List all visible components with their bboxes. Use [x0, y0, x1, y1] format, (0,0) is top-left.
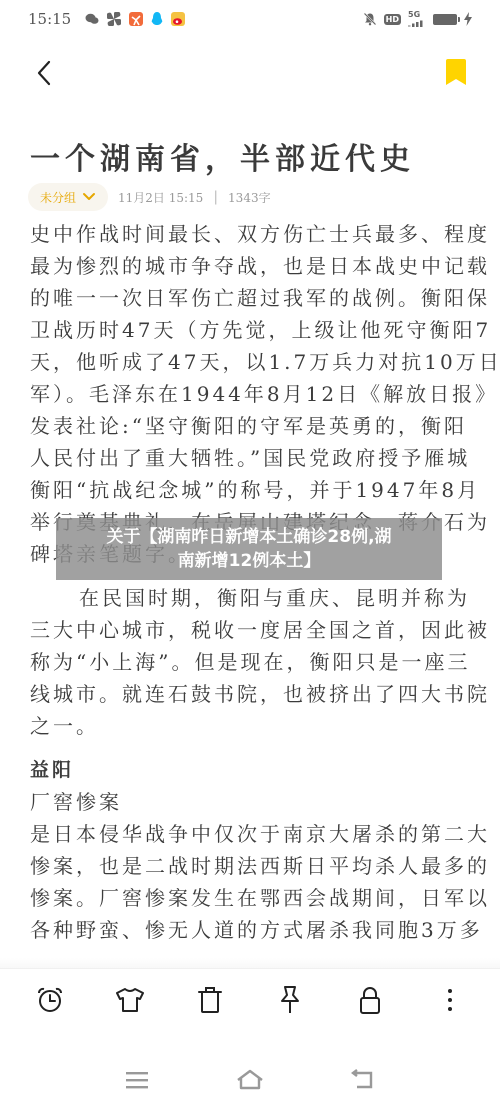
weibo-icon: [171, 12, 185, 26]
group-label: 未分组: [40, 189, 76, 206]
overlay-banner: 关于【湖南昨日新增本土确诊28例,湖 南新增12例本土】: [56, 518, 442, 580]
status-bar: 15:15 HD 5G: [0, 0, 500, 38]
body-line: 各种野蛮、惨无人道的方式屠杀我同胞3万多: [30, 914, 475, 946]
body-line: 最为惨烈的城市争夺战，也是日本战史中记载: [30, 250, 475, 282]
wechat-icon: [85, 13, 99, 25]
body-line: 人民付出了重大牺牲。”国民党政府授予雁城: [30, 442, 475, 474]
bookmark-icon: [444, 58, 468, 86]
bookmark-button[interactable]: [444, 58, 468, 86]
qq-icon: [151, 12, 163, 26]
alarm-clock-icon: [35, 985, 65, 1015]
lock-icon: [358, 985, 382, 1015]
overlay-text-line: 南新增12例本土】: [106, 549, 391, 573]
back-button[interactable]: [32, 58, 58, 88]
meta-separator: |: [213, 189, 218, 205]
body-line: 卫战历时47天（方先觉，上级让他死守衡阳7: [30, 314, 475, 346]
pinwheel-app-icon: [107, 12, 121, 26]
body-line: 是日本侵华战争中仅次于南京大屠杀的第二大: [30, 818, 475, 850]
body-line: 惨案，也是二战时期法西斯日平均杀人最多的: [30, 850, 475, 882]
reminder-button[interactable]: [30, 980, 70, 1020]
charging-bolt-icon: [464, 12, 472, 26]
bottom-toolbar: [0, 968, 500, 1030]
system-back-button[interactable]: [348, 1067, 378, 1093]
status-time: 15:15: [28, 10, 71, 28]
orange-app-icon: [129, 12, 143, 26]
top-nav: [0, 52, 500, 92]
delete-button[interactable]: [190, 980, 230, 1020]
recent-apps-button[interactable]: [122, 1067, 152, 1093]
mute-bell-icon: [363, 12, 377, 26]
signal-5g-icon: 5G: [408, 11, 426, 27]
t-shirt-icon: [114, 986, 146, 1014]
home-icon: [236, 1069, 264, 1091]
body-line: 称为“小上海”。但是现在，衡阳只是一座三: [30, 646, 475, 678]
trash-icon: [197, 985, 223, 1015]
body-line: 线城市。就连石鼓书院，也被挤出了四大书院: [30, 678, 475, 710]
section-heading: 益阳: [30, 754, 475, 786]
body-line: 之一。: [30, 710, 475, 742]
body-line: 发表社论:“坚守衡阳的守军是英勇的，衡阳: [30, 410, 475, 442]
note-meta: 未分组 11月2日 15:15 | 1343字: [28, 183, 271, 211]
body-line: 在民国时期，衡阳与重庆、昆明并称为: [30, 582, 475, 614]
chevron-left-icon: [32, 58, 58, 88]
pin-icon: [278, 984, 302, 1016]
more-vertical-icon: [447, 988, 453, 1012]
word-count: 1343字: [228, 189, 271, 206]
body-line: 惨案。厂窖惨案发生在鄂西会战期间，日军以: [30, 882, 475, 914]
chevron-down-icon: [82, 192, 96, 202]
hd-icon: HD: [384, 14, 401, 25]
group-selector[interactable]: 未分组: [28, 183, 108, 211]
body-line: 的唯一一次日军伤亡超过我军的战例。衡阳保: [30, 282, 475, 314]
paragraph-gap: [30, 742, 475, 754]
status-left: 15:15: [28, 10, 185, 28]
body-line: 衡阳“抗战纪念城”的称号，并于1947年8月: [30, 474, 475, 506]
note-title[interactable]: 一个湖南省，半部近代史: [30, 134, 415, 178]
overlay-text-line: 关于【湖南昨日新增本土确诊28例,湖: [106, 525, 391, 549]
network-label: 5G: [408, 11, 420, 19]
note-date: 11月2日 15:15: [118, 189, 203, 206]
note-body[interactable]: 史中作战时间最长、双方伤亡士兵最多、程度 最为惨烈的城市争夺战，也是日本战史中记…: [30, 218, 475, 946]
lock-button[interactable]: [350, 980, 390, 1020]
menu-icon: [126, 1071, 148, 1089]
theme-button[interactable]: [110, 980, 150, 1020]
status-right: HD 5G: [363, 11, 472, 27]
body-line: 天，他听成了47天，以1.7万兵力对抗10万日: [30, 346, 475, 378]
body-line: 史中作战时间最长、双方伤亡士兵最多、程度: [30, 218, 475, 250]
back-arrow-icon: [351, 1069, 375, 1091]
home-button[interactable]: [235, 1067, 265, 1093]
pin-button[interactable]: [270, 980, 310, 1020]
subheading: 厂窖惨案: [30, 786, 475, 818]
body-line: 军）。毛泽东在1944年8月12日《解放日报》: [30, 378, 475, 410]
battery-icon: [433, 14, 457, 25]
overlay-text: 关于【湖南昨日新增本土确诊28例,湖 南新增12例本土】: [106, 525, 391, 573]
more-button[interactable]: [430, 980, 470, 1020]
body-line: 三大中心城市，税收一度居全国之首，因此被: [30, 614, 475, 646]
system-nav-bar: [0, 1060, 500, 1100]
